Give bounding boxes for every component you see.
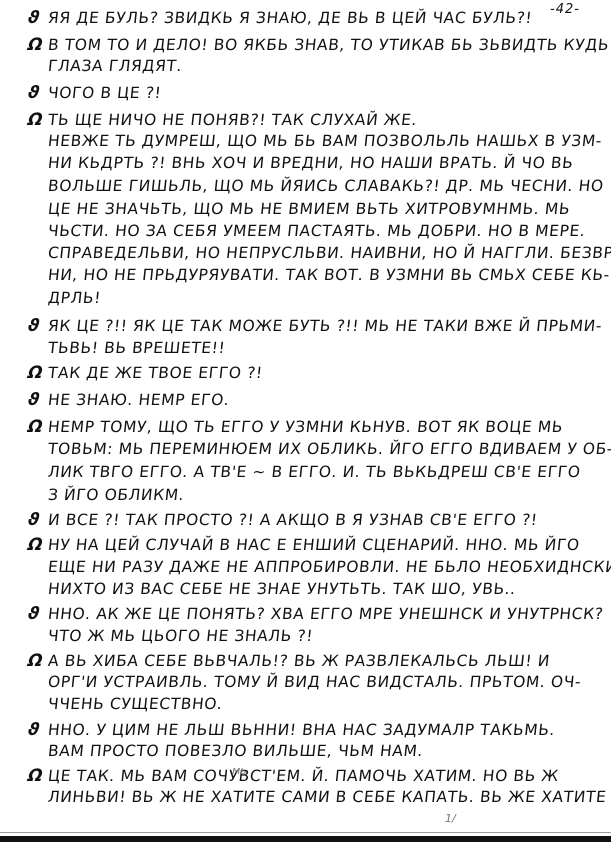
line-text: З ЙГО ОБЛИКМ. <box>47 486 185 504</box>
line-text: ЧЧЕНЬ СУЩЕСТВНО. <box>47 695 223 713</box>
line-text: ТАК ДЕ ЖЕ ТВОЕ ЕГГО ?! <box>47 364 264 382</box>
text-line: ΩНЕМР ТОМУ, ЩО ТЬ ЕГГО У УЗМНИ КЬНУВ. ВО… <box>27 417 564 437</box>
text-line: ϑНЕ ЗНАЮ. НЕМР ЕГО. <box>27 390 231 410</box>
line-text: НИ, НО НЕ ПРЬДУРЯУВАТИ. ТАК ВОТ. В УЗМНИ… <box>47 266 611 284</box>
text-line: ϑЯК ЦЕ ?!! ЯК ЦЕ ТАК МОЖЕ БУТЬ ?!! МЬ НЕ… <box>27 316 603 336</box>
line-text: НЕВЖЕ ТЬ ДУМРЕШ, ЩО МЬ БЬ ВАМ ПОЗВОЛЬЛЬ … <box>47 132 603 150</box>
text-line: НИ КЬДРТЬ ?! ВНЬ ХОЧ И ВРЕДНИ, НО НАШИ В… <box>47 154 574 172</box>
line-text: ВАМ ПРОСТО ПОВЕЗЛО ВИЛЬШЕ, ЧЬМ НАМ. <box>47 742 424 760</box>
line-text: ЦЕ НЕ ЗНАЧЬТЬ, ЩО МЬ НЕ ВМИЕМ ВЬТЬ ХИТРО… <box>47 200 571 218</box>
text-line: ЧЧЕНЬ СУЩЕСТВНО. <box>47 695 223 713</box>
line-text: ЧОГО В ЦЕ ?! <box>47 84 162 102</box>
text-line: ТЬВЬ! ВЬ ВРЕШЕТЕ!! <box>47 339 226 357</box>
text-line: ЛИК ТВГО ЕГГО. А ТВ'Е ~ В ЕГГО. И. ТЬ ВЬ… <box>47 463 581 481</box>
line-text: ЯК ЦЕ ?!! ЯК ЦЕ ТАК МОЖЕ БУТЬ ?!! МЬ НЕ … <box>47 317 603 335</box>
line-text: ЛИК ТВГО ЕГГО. А ТВ'Е ~ В ЕГГО. И. ТЬ ВЬ… <box>47 463 581 481</box>
line-text: А ВЬ ХИБА СЕБЕ ВЬВЧАЛЬ!? ВЬ Ж РАЗВЛЕКАЛЬ… <box>47 652 551 670</box>
text-line: ЛИНЬВИ! ВЬ Ж НЕ ХАТИТЕ САМИ В СЕБЕ КАПАТ… <box>47 788 607 806</box>
line-text: ННО. АК ЖЕ ЦЕ ПОНЯТЬ? ХВА ЕГГО МРЕ УНЕШН… <box>47 605 604 623</box>
line-text: ЛИНЬВИ! ВЬ Ж НЕ ХАТИТЕ САМИ В СЕБЕ КАПАТ… <box>47 788 607 806</box>
speaker-mark: Ω <box>27 651 49 671</box>
text-line: ЕЩЕ НИ РАЗУ ДАЖЕ НЕ АППРОБИРОВЛИ. НЕ БЬЛ… <box>47 558 611 576</box>
text-line: ДРЛЬ! <box>47 289 102 307</box>
line-text: НУ НА ЦЕЙ СЛУЧАЙ В НАС Е ЕНШИЙ СЦЕНАРИЙ.… <box>47 536 581 554</box>
text-line: ГЛАЗА ГЛЯДЯТ. <box>47 57 183 75</box>
speaker-mark: ϑ <box>27 83 49 103</box>
line-text: ВОЛЬШЕ ГИШЬЛЬ, ЩО МЬ ЙЯИСЬ СЛАВАКЬ?! ДР.… <box>47 177 605 195</box>
line-text: И ВСЕ ?! ТАК ПРОСТО ?! А АКЩО В Я УЗНАВ … <box>47 511 539 529</box>
line-text: ЕЩЕ НИ РАЗУ ДАЖЕ НЕ АППРОБИРОВЛИ. НЕ БЬЛ… <box>47 558 611 576</box>
speaker-mark: ϑ <box>27 390 49 410</box>
bottom-page-mark: 1/ <box>445 812 456 825</box>
line-text: ТОВЬМ: МЬ ПЕРЕМИНЮЕМ ИХ ОБЛИКЬ. ЙГО ЕГГО… <box>47 440 611 458</box>
line-text: ЯЯ ДЕ БУЛЬ? ЗВИДКЬ Я ЗНАЮ, ДЕ ВЬ В ЦЕЙ Ч… <box>47 9 533 27</box>
text-line: НИХТО ИЗ ВАС СЕБЕ НЕ ЗНАЕ УНУТЬТЬ. ТАК Ш… <box>47 580 517 598</box>
text-line: ϑЯЯ ДЕ БУЛЬ? ЗВИДКЬ Я ЗНАЮ, ДЕ ВЬ В ЦЕЙ … <box>27 8 533 28</box>
text-line: ЧЬСТИ. НО ЗА СЕБЯ УМЕЕМ ПАСТАЯТЬ. МЬ ДОБ… <box>47 222 586 240</box>
text-line: ΩЦЕ ТАК. МЬ ВАМ СОЧУВСТ'ЕМ. Й. ПАМОЧЬ ХА… <box>27 766 560 786</box>
text-line: З ЙГО ОБЛИКМ. <box>47 486 185 504</box>
line-text: НЕ ЗНАЮ. НЕМР ЕГО. <box>47 391 230 409</box>
line-text: ТЬ ЩЕ НИЧО НЕ ПОНЯВ?! ТАК СЛУХАЙ ЖЕ. <box>47 111 418 129</box>
text-line: ΩВ ТОМ ТО И ДЕЛО! ВО ЯКБЬ ЗНАВ, ТО УТИКА… <box>27 35 610 55</box>
text-line: ΩТАК ДЕ ЖЕ ТВОЕ ЕГГО ?! <box>27 363 264 383</box>
line-text: НЕМР ТОМУ, ЩО ТЬ ЕГГО У УЗМНИ КЬНУВ. ВОТ… <box>47 418 564 436</box>
speaker-mark: Ω <box>27 535 49 555</box>
text-line: ВАМ ПРОСТО ПОВЕЗЛО ВИЛЬШЕ, ЧЬМ НАМ. <box>47 742 424 760</box>
speaker-mark: ϑ <box>27 316 49 336</box>
text-line: НЕВЖЕ ТЬ ДУМРЕШ, ЩО МЬ БЬ ВАМ ПОЗВОЛЬЛЬ … <box>47 132 603 150</box>
text-line: ϑЧОГО В ЦЕ ?! <box>27 83 162 103</box>
speaker-mark: Ω <box>27 417 49 437</box>
line-text: ДРЛЬ! <box>47 289 102 307</box>
speaker-mark: Ω <box>27 110 49 130</box>
line-text: В ТОМ ТО И ДЕЛО! ВО ЯКБЬ ЗНАВ, ТО УТИКАВ… <box>47 36 610 54</box>
speaker-mark: ϑ <box>27 604 49 624</box>
line-text: СПРАВЕДЕЛЬВИ, НО НЕПРУСЛЬВИ. НАИВНИ, НО … <box>47 244 611 262</box>
line-text: НИ КЬДРТЬ ?! ВНЬ ХОЧ И ВРЕДНИ, НО НАШИ В… <box>47 154 574 172</box>
manuscript-page: -42- ϑЯЯ ДЕ БУЛЬ? ЗВИДКЬ Я ЗНАЮ, ДЕ ВЬ В… <box>0 0 611 842</box>
text-line: НИ, НО НЕ ПРЬДУРЯУВАТИ. ТАК ВОТ. В УЗМНИ… <box>47 266 611 284</box>
text-line: ϑННО. У ЦИМ НЕ ЛЬШ ВЬННИ! ВНА НАС ЗАДУМА… <box>27 720 556 740</box>
text-line: ΩА ВЬ ХИБА СЕБЕ ВЬВЧАЛЬ!? ВЬ Ж РАЗВЛЕКАЛ… <box>27 651 551 671</box>
line-text: ННО. У ЦИМ НЕ ЛЬШ ВЬННИ! ВНА НАС ЗАДУМАЛ… <box>47 721 556 739</box>
speaker-mark: ϑ <box>27 8 49 28</box>
scan-bottom-edge <box>0 836 611 842</box>
line-text: ОРГ'И УСТРАИВЛЬ. ТОМУ Й ВИД НАС ВИДСТАЛЬ… <box>47 673 582 691</box>
text-line: ϑННО. АК ЖЕ ЦЕ ПОНЯТЬ? ХВА ЕГГО МРЕ УНЕШ… <box>27 604 605 624</box>
speaker-mark: Ω <box>27 35 49 55</box>
text-line: ЦЕ НЕ ЗНАЧЬТЬ, ЩО МЬ НЕ ВМИЕМ ВЬТЬ ХИТРО… <box>47 200 571 218</box>
speaker-mark: ϑ <box>27 720 49 740</box>
text-line: ОРГ'И УСТРАИВЛЬ. ТОМУ Й ВИД НАС ВИДСТАЛЬ… <box>47 673 582 691</box>
speaker-mark: Ω <box>27 363 49 383</box>
speaker-mark: Ω <box>27 766 49 786</box>
text-line: СПРАВЕДЕЛЬВИ, НО НЕПРУСЛЬВИ. НАИВНИ, НО … <box>47 244 611 262</box>
text-line: ЧТО Ж МЬ ЦЬОГО НЕ ЗНАЛЬ ?! <box>47 627 314 645</box>
text-line: ΩТЬ ЩЕ НИЧО НЕ ПОНЯВ?! ТАК СЛУХАЙ ЖЕ. <box>27 110 418 130</box>
line-text: ГЛАЗА ГЛЯДЯТ. <box>47 57 183 75</box>
line-text: ЧЬСТИ. НО ЗА СЕБЯ УМЕЕМ ПАСТАЯТЬ. МЬ ДОБ… <box>47 222 586 240</box>
line-text: ЧТО Ж МЬ ЦЬОГО НЕ ЗНАЛЬ ?! <box>47 627 314 645</box>
page-number: -42- <box>550 2 580 17</box>
text-line: ТОВЬМ: МЬ ПЕРЕМИНЮЕМ ИХ ОБЛИКЬ. ЙГО ЕГГО… <box>47 440 611 458</box>
text-line: ΩНУ НА ЦЕЙ СЛУЧАЙ В НАС Е ЕНШИЙ СЦЕНАРИЙ… <box>27 535 581 555</box>
text-line: ϑИ ВСЕ ?! ТАК ПРОСТО ?! А АКЩО В Я УЗНАВ… <box>27 510 539 530</box>
superscript-insertion: мь <box>232 764 247 777</box>
line-text: ТЬВЬ! ВЬ ВРЕШЕТЕ!! <box>47 339 226 357</box>
line-text: ЦЕ ТАК. МЬ ВАМ СОЧУВСТ'ЕМ. Й. ПАМОЧЬ ХАТ… <box>47 767 560 785</box>
speaker-mark: ϑ <box>27 510 49 530</box>
text-line: ВОЛЬШЕ ГИШЬЛЬ, ЩО МЬ ЙЯИСЬ СЛАВАКЬ?! ДР.… <box>47 177 605 195</box>
line-text: НИХТО ИЗ ВАС СЕБЕ НЕ ЗНАЕ УНУТЬТЬ. ТАК Ш… <box>47 580 517 598</box>
